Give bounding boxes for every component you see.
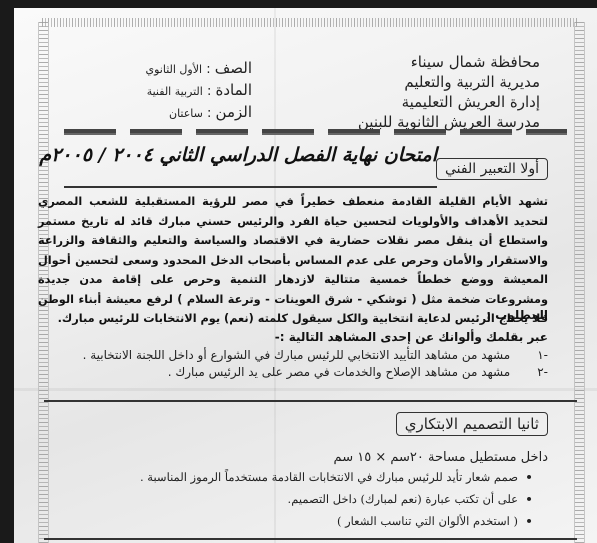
scene-text: مشهد من مشاهد التأييد الانتخابي للرئيس م… [83, 348, 511, 362]
section-divider [44, 400, 577, 402]
design-bullet: •صمم شعار تأيد للرئيس مبارك في الانتخابا… [140, 470, 540, 484]
scene-option: -٢ مشهد من مشاهد الإصلاح والخدمات في مصر… [168, 365, 548, 379]
bullet-icon: • [518, 470, 540, 484]
bullet-icon: • [518, 514, 540, 528]
administration-line: إدارة العريش التعليمية [340, 92, 540, 112]
title-underline [64, 186, 437, 188]
exam-paper: محافظة شمال سيناء مديرية التربية والتعلي… [14, 8, 597, 543]
paper-fold [14, 388, 597, 391]
design-bullet: •( استخدم الألوان التي تناسب الشعار ) [337, 514, 540, 528]
decorative-border-right [574, 22, 585, 543]
bullet-text: ( استخدم الألوان التي تناسب الشعار ) [337, 514, 518, 528]
scene-text: مشهد من مشاهد الإصلاح والخدمات في مصر عل… [168, 365, 510, 379]
section-1-title: أولا التعبير الفني [436, 158, 548, 180]
directorate-line: مديرية التربية والتعليم [340, 72, 540, 92]
grade-value: الأول الثانوي [145, 63, 202, 76]
subject-field: المادة : التربية الفنية [127, 80, 252, 102]
required-label: المطلوب : [486, 308, 548, 322]
duration-field: الزمن : ساعتان [127, 102, 252, 124]
instruction-text: عبر بقلمك وألوانك عن إحدى المشاهد التالي… [275, 330, 548, 344]
subject-value: التربية الفنية [147, 85, 203, 98]
exam-title: امتحان نهاية الفصل الدراسي الثاني ٢٠٠٤ /… [17, 144, 437, 166]
school-header: محافظة شمال سيناء مديرية التربية والتعلي… [340, 52, 540, 132]
bottom-divider [44, 538, 577, 540]
bullet-text: صمم شعار تأيد للرئيس مبارك في الانتخابات… [140, 470, 518, 484]
bullet-text: على أن تكتب عبارة (نعم لمبارك) داخل التص… [288, 492, 518, 506]
section-1-paragraph: تشهد الأيام القليلة القادمة منعطف خطيراً… [38, 192, 548, 329]
section-2-title: ثانيا التصميم الابتكاري [396, 412, 548, 436]
governorate-line: محافظة شمال سيناء [340, 52, 540, 72]
design-dimensions: داخل مستطيل مساحة ٢٠سم × ١٥ سم [334, 450, 548, 465]
exam-info: الصف : الأول الثانوي المادة : التربية ال… [127, 58, 252, 124]
design-bullet: •على أن تكتب عبارة (نعم لمبارك) داخل الت… [288, 492, 540, 506]
grade-field: الصف : الأول الثانوي [127, 58, 252, 80]
grade-label: الصف [215, 59, 252, 77]
scene-option: -١ مشهد من مشاهد التأييد الانتخابي للرئي… [83, 348, 548, 362]
scene-number: -١ [514, 348, 548, 362]
header-divider [64, 129, 567, 135]
duration-value: ساعتان [169, 107, 203, 120]
scene-number: -٢ [514, 365, 548, 379]
duration-label: الزمن [216, 103, 252, 121]
subject-label: المادة [215, 81, 252, 99]
bullet-icon: • [518, 492, 540, 506]
decorative-border-top [42, 18, 577, 27]
